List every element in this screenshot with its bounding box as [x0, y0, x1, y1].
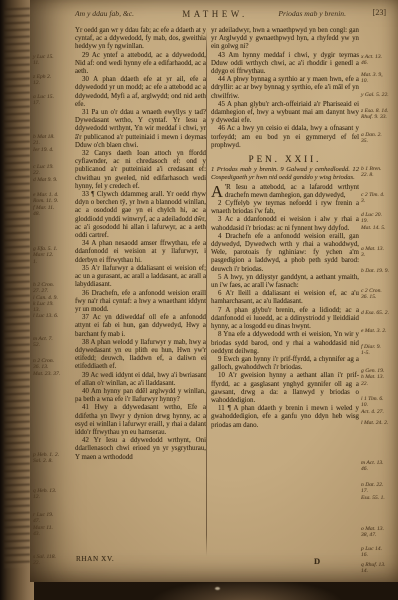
- margin-reference: e Mar. 1. 4. Rom. 11. 9. f Mar. 11. 48.: [33, 192, 74, 217]
- verse-paragraph: 36 Drachefn, efe a anfonodd weision erai…: [75, 290, 206, 315]
- margin-reference: a Mat. 13. 3.: [361, 246, 397, 259]
- margin-reference: o Mat. 13. 38, 47.: [361, 526, 397, 539]
- margin-reference: g Gen. 19. h Mat. 13. 22.: [361, 368, 397, 387]
- margin-reference: m Act. 13. 46.: [361, 460, 397, 473]
- margin-reference: q Rhuf. 13. 14.: [361, 562, 397, 575]
- verse-paragraph: 8 Yna efe a ddywedodd wrth ei weision, Y…: [211, 331, 359, 356]
- verse-paragraph: 43 Am hynny meddaf i chwi, y dygir teyrn…: [211, 52, 359, 77]
- verse-paragraph: 37 Ac yn ddiweddaf oll efe a anfonodd at…: [75, 314, 206, 339]
- margin-reference: s Sal. 118. 22.: [33, 554, 74, 567]
- margin-reference: n 2 Cron. 36. 13. Mat. 23. 37.: [33, 358, 74, 377]
- margin-reference: p Heb. 1. 2. Sal. 2. 8.: [33, 452, 74, 465]
- margin-reference: p Luc 14. 16.: [361, 546, 397, 559]
- margin-reference: h 2 Cron. 27. 27. i Can. 4. 9. k Luc 19.…: [33, 282, 74, 320]
- chapter-heading: PEN. XXII.: [211, 154, 359, 164]
- margin-reference: f Diar. 9. 1-5.: [361, 344, 397, 357]
- margin-reference: g Efa. 5. 1. Marc 12. 1.: [33, 246, 74, 265]
- margin-reference: b Dat. 19. 9.: [361, 268, 397, 274]
- margin-reference: q Heb. 13. 12.: [33, 488, 74, 501]
- verse-paragraph: 42 Yr Iesu a ddywedodd wrthynt, Oni ddar…: [75, 437, 206, 462]
- verse-group-bottom: 2 Cyffelyb yw teyrnas nefoedd i ryw fren…: [211, 200, 359, 430]
- verse-paragraph: 7 A phan glybu'r brenin, efe a lidiodd; …: [211, 307, 359, 332]
- verse-paragraph: 9 Ewch gan hynny i'r prif-ffyrdd, a chyn…: [211, 356, 359, 372]
- left-text-column: Yr oedd gan wr y ddau fab; ac efe a ddae…: [75, 27, 206, 462]
- margin-reference: e Mat. 3. 2.: [361, 328, 397, 334]
- verse-paragraph: 35 A'r llafurwyr a ddaliasant ei weision…: [75, 265, 206, 290]
- margin-reference: d Esa. 65. 2.: [361, 310, 397, 316]
- chapter-opening-paragraph: A'R Iesu a attebodd, ac a lafarodd wrthy…: [211, 184, 359, 200]
- left-margin-references: y Luc 15. 11.z Eph 2. 12.a Luc 15. 17.b …: [33, 0, 74, 582]
- chapter-summary: 1 Priodas mab y brenin. 9 Galwad y cenhe…: [211, 166, 359, 182]
- verse-paragraph: 30 A phan ddaeth efe at yr ail, efe a dd…: [75, 76, 206, 109]
- book-photograph: Am y ddau fab, &c. MATHEW. Priodas mab y…: [0, 0, 398, 600]
- margin-reference: y Gal. 5. 22.: [361, 92, 397, 98]
- margin-reference: i 1 Tim. 6. 10. Act. 4. 27.: [361, 396, 397, 415]
- verse-paragraph: 29 Ac yntef a attebodd, ac a ddywedodd, …: [75, 52, 206, 77]
- verse-paragraph: 46 Ac a hwy yn ceisio ei ddala, hwy a of…: [211, 125, 359, 150]
- chapter-opening-text: 'R Iesu a attebodd, ac a lafarodd wrthyn…: [225, 184, 359, 199]
- margin-reference: r Luc 19. 47. Marc 11. 43.: [33, 512, 74, 537]
- signature-mark: D: [314, 556, 320, 566]
- margin-reference: l Mat. 24. 2.: [361, 420, 397, 426]
- margin-reference: b Mat 18. 21. Ier 19. 4.: [33, 134, 74, 153]
- margin-reference: z Eph 2. 12.: [33, 74, 74, 87]
- margin-reference: z Esa. 8. 14. Rhuf. 9. 33.: [361, 108, 397, 121]
- verse-paragraph: 3 Ac a ddanfonodd ei weision i alw y rha…: [211, 216, 359, 232]
- margin-reference: a Luc 15. 17.: [33, 94, 74, 107]
- column-divider-rule: [206, 29, 207, 556]
- verse-paragraph: 6 A'r lleill a ddaliasant ei weision ef,…: [211, 290, 359, 306]
- verse-paragraph: 40 Am hynny pan ddêl arglwydd y winllan,…: [75, 388, 206, 404]
- margin-reference: y Luc 15. 11.: [33, 54, 74, 67]
- verse-paragraph: 45 A phan glybu'r arch-offeiriaid a'r Ph…: [211, 101, 359, 126]
- margin-reference: x Act. 13. 46.: [361, 54, 397, 67]
- portion-mark: RHAN XV.: [76, 555, 114, 563]
- margin-reference: d Luc 20. 19. Mat. 14. 5.: [361, 212, 397, 231]
- verse-paragraph: 11 ¶ A phan ddaeth y brenin i mewn i wel…: [211, 405, 359, 430]
- margin-reference: c 2 Tim. 4. 3.: [361, 192, 397, 205]
- margin-reference: c 2 Cron. 36. 15.: [361, 288, 397, 301]
- verse-paragraph: yr adeiladwyr, hwn a wnaethpwyd yn ben c…: [211, 27, 359, 52]
- verse-paragraph: 41 Hwy a ddywedasant wrtho, Efe a ddifet…: [75, 404, 206, 437]
- verse-group-top: yr adeiladwyr, hwn a wnaethpwyd yn ben c…: [211, 27, 359, 150]
- verse-paragraph: 31 Pa un o'r ddau a wnaeth ewyllys y tad…: [75, 109, 206, 150]
- right-text-column: yr adeiladwyr, hwn a wnaethpwyd yn ben c…: [211, 27, 359, 430]
- margin-reference: n Dat. 22. 17. Esa. 55. 1.: [361, 482, 397, 501]
- book-title: MATHEW.: [145, 9, 285, 19]
- verse-paragraph: 2 Cyffelyb yw teyrnas nefoedd i ryw fren…: [211, 200, 359, 216]
- dust-speck: [215, 587, 220, 590]
- facing-page-gutter: [0, 0, 34, 600]
- running-head-right: Priodas mab y brenin.: [278, 9, 346, 18]
- verse-paragraph: Yr oedd gan wr y ddau fab; ac efe a ddae…: [75, 27, 206, 52]
- verse-paragraph: 34 A phan nesaodd amser ffrwythau, efe a…: [75, 240, 206, 265]
- verse-paragraph: 33 ¶ Clywch ddammeg arall. Yr oedd rhyw …: [75, 191, 206, 240]
- facing-page-blurred-text: [4, 8, 30, 569]
- verse-paragraph: 10 A'r gweision hynny a aethant allan i'…: [211, 372, 359, 405]
- verse-paragraph: 39 Ac wedi iddynt ei ddal, hwy a'i bwria…: [75, 372, 206, 388]
- margin-reference: b 1 Bren. 22. 8.: [361, 166, 397, 179]
- running-head-left: Am y ddau fab, &c.: [75, 9, 134, 18]
- margin-reference: Mat. 3. 9, 10.: [361, 72, 397, 85]
- margin-reference: m Act. 7. 52.: [33, 336, 74, 349]
- drop-cap-initial: A: [211, 184, 225, 199]
- margin-reference: a Dan. 2. 35.: [361, 132, 397, 145]
- margin-reference: c Luc 19. 22. d Mat 9. 9.: [33, 164, 74, 183]
- verse-paragraph: 4 Drachefn efe a anfonodd weision eraill…: [211, 233, 359, 274]
- verse-paragraph: 44 A phwy bynnag a syrthio ar y maen hwn…: [211, 76, 359, 101]
- verse-paragraph: 38 A phan welodd y llafurwyr y mab, hwy …: [75, 339, 206, 372]
- right-margin-references: x Act. 13. 46.Mat. 3. 9, 10.y Gal. 5. 22…: [361, 0, 397, 582]
- verse-paragraph: 32 Canys daeth Ioan attoch yn ffordd cyf…: [75, 150, 206, 191]
- verse-paragraph: 5 A hwy, yn ddiystyr ganddynt, a aethant…: [211, 274, 359, 290]
- book-page: Am y ddau fab, &c. MATHEW. Priodas mab y…: [30, 0, 398, 582]
